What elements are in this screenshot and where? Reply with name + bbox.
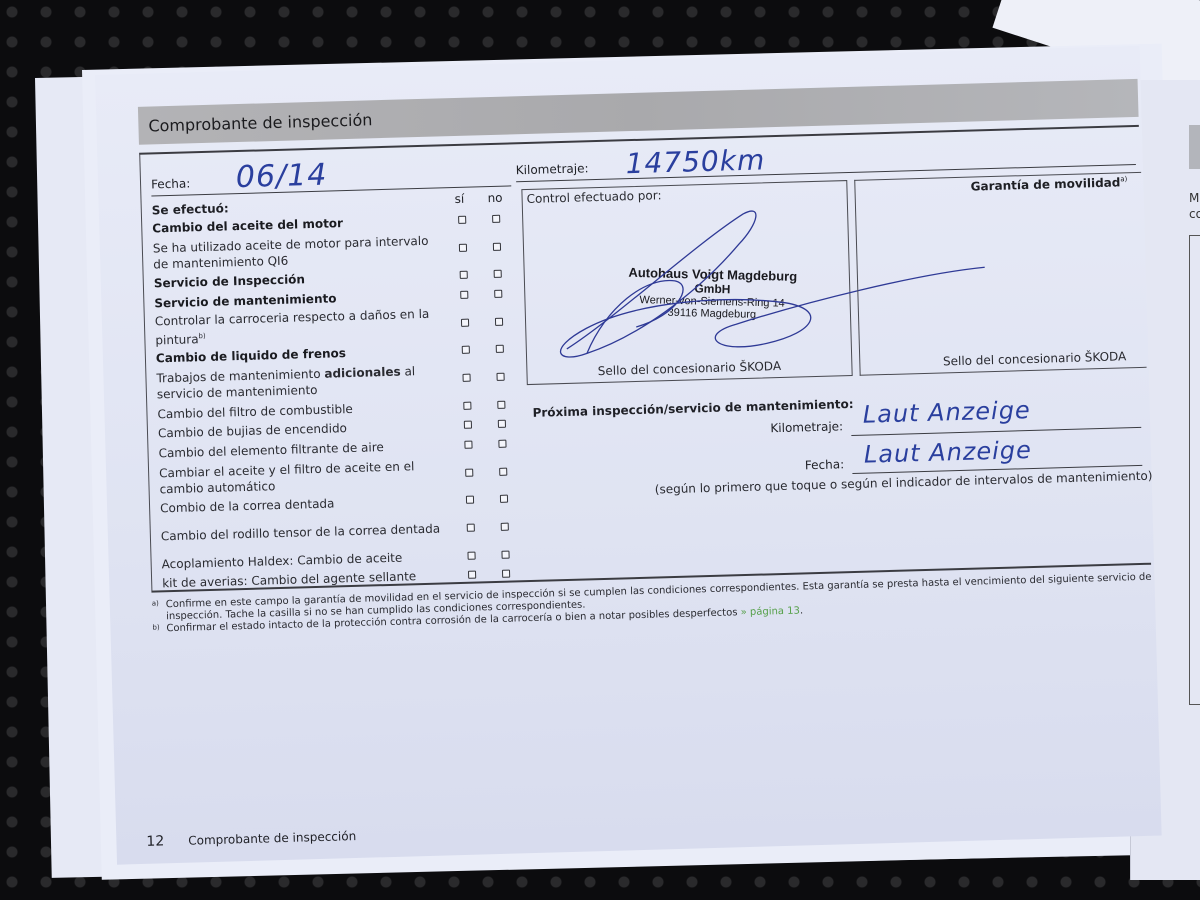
next-service-title: Próxima inspección/servicio de mantenimi… [532, 397, 853, 420]
column-no: no [487, 191, 502, 205]
checklist-item-text: Cambio del filtro de combustible [157, 402, 353, 421]
column-si: sí [454, 192, 464, 206]
checkbox-no[interactable] [498, 420, 506, 428]
fecha-field[interactable]: Fecha: 06/14 [150, 152, 511, 196]
checklist-item-text: Servicio de mantenimiento [154, 291, 336, 310]
next-fecha-label: Fecha: [764, 457, 844, 473]
checkbox-si[interactable] [458, 215, 466, 223]
facing-page-text: Mco [1189, 190, 1200, 222]
page-title: Comprobante de inspección [148, 110, 372, 135]
checklist-item-label: Cambio del rodillo tensor de la correa d… [161, 520, 451, 544]
footnote-marker: a) [152, 597, 159, 609]
checklist-item-text: Servicio de Inspección [154, 272, 306, 290]
next-km-handwritten-value: Laut Anzeige [862, 396, 1031, 429]
checkbox-si[interactable] [466, 496, 474, 504]
checkbox-no[interactable] [495, 317, 503, 325]
inspection-page: Comprobante de inspección Fecha: 06/14 K… [95, 46, 1162, 865]
checkbox-si[interactable] [467, 551, 475, 559]
checklist-item-text: Cambio de bujias de encendido [158, 421, 347, 440]
checkbox-si[interactable] [465, 468, 473, 476]
checklist-title: Se efectuó: [152, 201, 229, 217]
checkbox-no[interactable] [500, 495, 508, 503]
checklist-item-label: Trabajos de mantenimiento adicionales al… [156, 362, 447, 402]
checkbox-no[interactable] [501, 523, 509, 531]
next-km-label: Kilometraje: [763, 419, 843, 435]
checklist-item-text: Cambiar el aceite y el filtro de aceite … [159, 459, 415, 496]
facing-page-box [1189, 235, 1200, 705]
footer-section-title: Comprobante de inspección [188, 829, 356, 848]
checkbox-si[interactable] [464, 440, 472, 448]
kilometraje-label: Kilometraje: [516, 161, 589, 177]
checkbox-no[interactable] [502, 570, 510, 578]
checkbox-no[interactable] [496, 373, 504, 381]
checkbox-si[interactable] [462, 374, 470, 382]
checklist-item-text: Cambio del rodillo tensor de la correa d… [161, 522, 441, 544]
checklist-items: Cambio del aceite del motorSe ha utiliza… [152, 208, 522, 593]
checklist-item-text: Combio de la correa dentada [160, 497, 335, 516]
checkbox-no[interactable] [498, 439, 506, 447]
footnote-ref: a) [1120, 175, 1127, 183]
checkbox-no[interactable] [492, 214, 500, 222]
page-footer: 12 Comprobante de inspección [146, 828, 356, 850]
next-fecha-handwritten-value: Laut Anzeige [864, 436, 1033, 469]
checkbox-no[interactable] [494, 289, 502, 297]
checkbox-no[interactable] [493, 242, 501, 250]
checkbox-si[interactable] [464, 421, 472, 429]
checklist-item-text: Se ha utilizado aceite de motor para int… [153, 233, 429, 271]
inspection-form: Fecha: 06/14 Kilometraje: 14750km Se efe… [139, 125, 1151, 593]
fecha-handwritten-value: 06/14 [235, 158, 327, 196]
checklist-item-text-part: adicionales [324, 365, 401, 381]
control-box: Control efectuado por: Autohaus Voigt Ma… [521, 180, 852, 385]
kilometraje-handwritten-value: 14750km [625, 143, 765, 180]
checklist-item-text: kit de averias: Cambio del agente sellan… [162, 569, 416, 590]
checkbox-si[interactable] [467, 524, 475, 532]
mobility-guarantee-box: Garantía de movilidada) Sello del conces… [854, 172, 1146, 376]
checklist-item-text: Cambio de liquido de frenos [156, 346, 346, 365]
page-reference-link[interactable]: » página 13 [740, 606, 800, 619]
mobility-guarantee-footer: Sello del concesionario ŠKODA [943, 349, 1127, 368]
checklist-item-label: Cambiar el aceite y el filtro de aceite … [159, 457, 450, 497]
footnote-tail: . [800, 605, 803, 616]
checkbox-si[interactable] [462, 346, 470, 354]
next-service-note: (según lo primero que toque o según el i… [655, 469, 1153, 497]
checklist-item-text: Controlar la carroceria respecto a daños… [155, 307, 430, 348]
checkbox-no[interactable] [496, 345, 504, 353]
checkbox-si[interactable] [463, 401, 471, 409]
fecha-label: Fecha: [151, 176, 191, 191]
checkbox-no[interactable] [497, 400, 505, 408]
checkbox-si[interactable] [461, 318, 469, 326]
footnote-ref: b) [198, 332, 205, 340]
footnote-marker: b) [152, 621, 160, 633]
checkbox-si[interactable] [468, 571, 476, 579]
mobility-guarantee-header: Garantía de movilidada) [970, 175, 1127, 193]
facing-page-title-bar [1189, 125, 1200, 169]
checkbox-no[interactable] [499, 467, 507, 475]
next-km-field[interactable] [851, 427, 1141, 436]
checklist-item-label: Se ha utilizado aceite de motor para int… [153, 232, 444, 272]
next-service-block: Próxima inspección/servicio de mantenimi… [532, 389, 1150, 526]
checklist-item-text: Cambio del aceite del motor [152, 216, 343, 235]
checkbox-si[interactable] [460, 271, 468, 279]
page-number: 12 [146, 833, 164, 849]
checkbox-no[interactable] [501, 550, 509, 558]
checkbox-no[interactable] [494, 270, 502, 278]
mobility-guarantee-title: Garantía de movilidad [970, 175, 1120, 193]
checkbox-si[interactable] [459, 243, 467, 251]
service-checklist: Se efectuó: sí no Cambio del aceite del … [152, 190, 523, 593]
checkbox-si[interactable] [460, 290, 468, 298]
